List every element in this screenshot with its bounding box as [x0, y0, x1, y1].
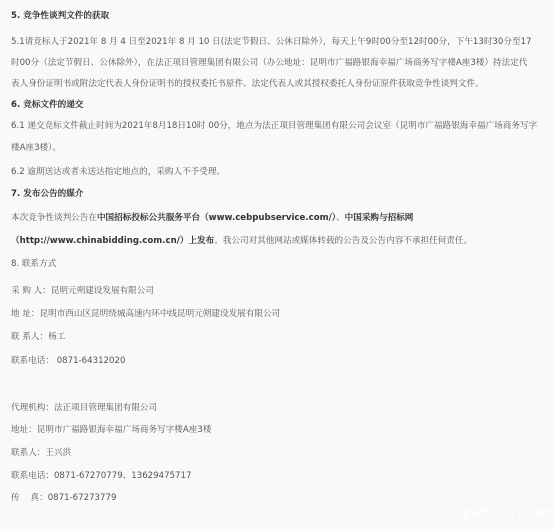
section-7-disclaimer: 。我公司对其他网站或媒体转载的公告及公告内容不承担任何责任。 [214, 236, 472, 246]
purchaser-contact: 联 系人：杨工 [11, 331, 65, 343]
section-5-paragraph-line-2: 时00分（法定节假日、公休除外），在法正项目管理集团有限公司（办公地址：昆明市广… [11, 57, 527, 69]
section-6-heading: 6. 竞标文件的递交 [11, 99, 83, 111]
purchaser-name: 采 购 人：昆明元朔建设发展有限公司 [11, 285, 154, 297]
section-5-paragraph-line-3: 表人身份证明书或附法定代表人身份证明书的授权委托书原件、法定代表人或其授权委托人… [11, 78, 484, 90]
purchaser-address: 地 址：昆明市西山区昆明绕城高速内环中线昆明元朔建设发展有限公司 [11, 308, 280, 320]
section-7-line-2: （http://www.chinabidding.com.cn/）上发布。我公司… [11, 235, 472, 247]
section-6-paragraph-2: 6.2 逾期送达或者未送达指定地点的，采购人不予受理。 [11, 166, 225, 178]
section-8-heading: 8. 联系方式 [11, 258, 56, 270]
agency-phone: 联系电话：0871-67270779、13629475717 [11, 470, 191, 482]
section-7-line-1: 本次竞争性谈判公告在中国招标投标公共服务平台（www.cebpubservice… [11, 212, 413, 224]
section-7-heading: 7. 发布公告的媒介 [11, 188, 83, 200]
chinabidding-link[interactable]: （http://www.chinabidding.com.cn/）上发布 [11, 236, 214, 246]
agency-address: 地址：昆明市广福路银海幸福广场商务写字楼A座3楼 [11, 424, 211, 436]
separator: 、 [336, 213, 345, 223]
section-5-heading: 5. 竞争性谈判文件的获取 [11, 10, 109, 22]
agency-name: 代理机构：法正项目管理集团有限公司 [11, 402, 157, 414]
chinabidding-name: 中国采购与招标网 [345, 213, 414, 223]
section-7-prefix: 本次竞争性谈判公告在 [11, 213, 97, 223]
cebpubservice-link[interactable]: 中国招标投标公共服务平台（www.cebpubservice.com/） [97, 213, 336, 223]
watermark: puhzuu.com [463, 505, 551, 520]
section-6-paragraph-line-1: 6.1 递交竞标文件截止时间为2021年8月18日10时 00分，地点为法正项目… [11, 120, 537, 132]
section-6-paragraph-line-2: 楼A座3楼）。 [11, 142, 61, 154]
section-5-paragraph-line-1: 5.1请竞标人于2021年 8 月 4 日至2021年 8 月 10 日(法定节… [11, 36, 531, 48]
purchaser-phone: 联系电话： 0871-64312020 [11, 355, 125, 367]
agency-contact: 联系人：王兴洪 [11, 447, 71, 459]
agency-fax: 传 真：0871-67273779 [11, 492, 116, 504]
